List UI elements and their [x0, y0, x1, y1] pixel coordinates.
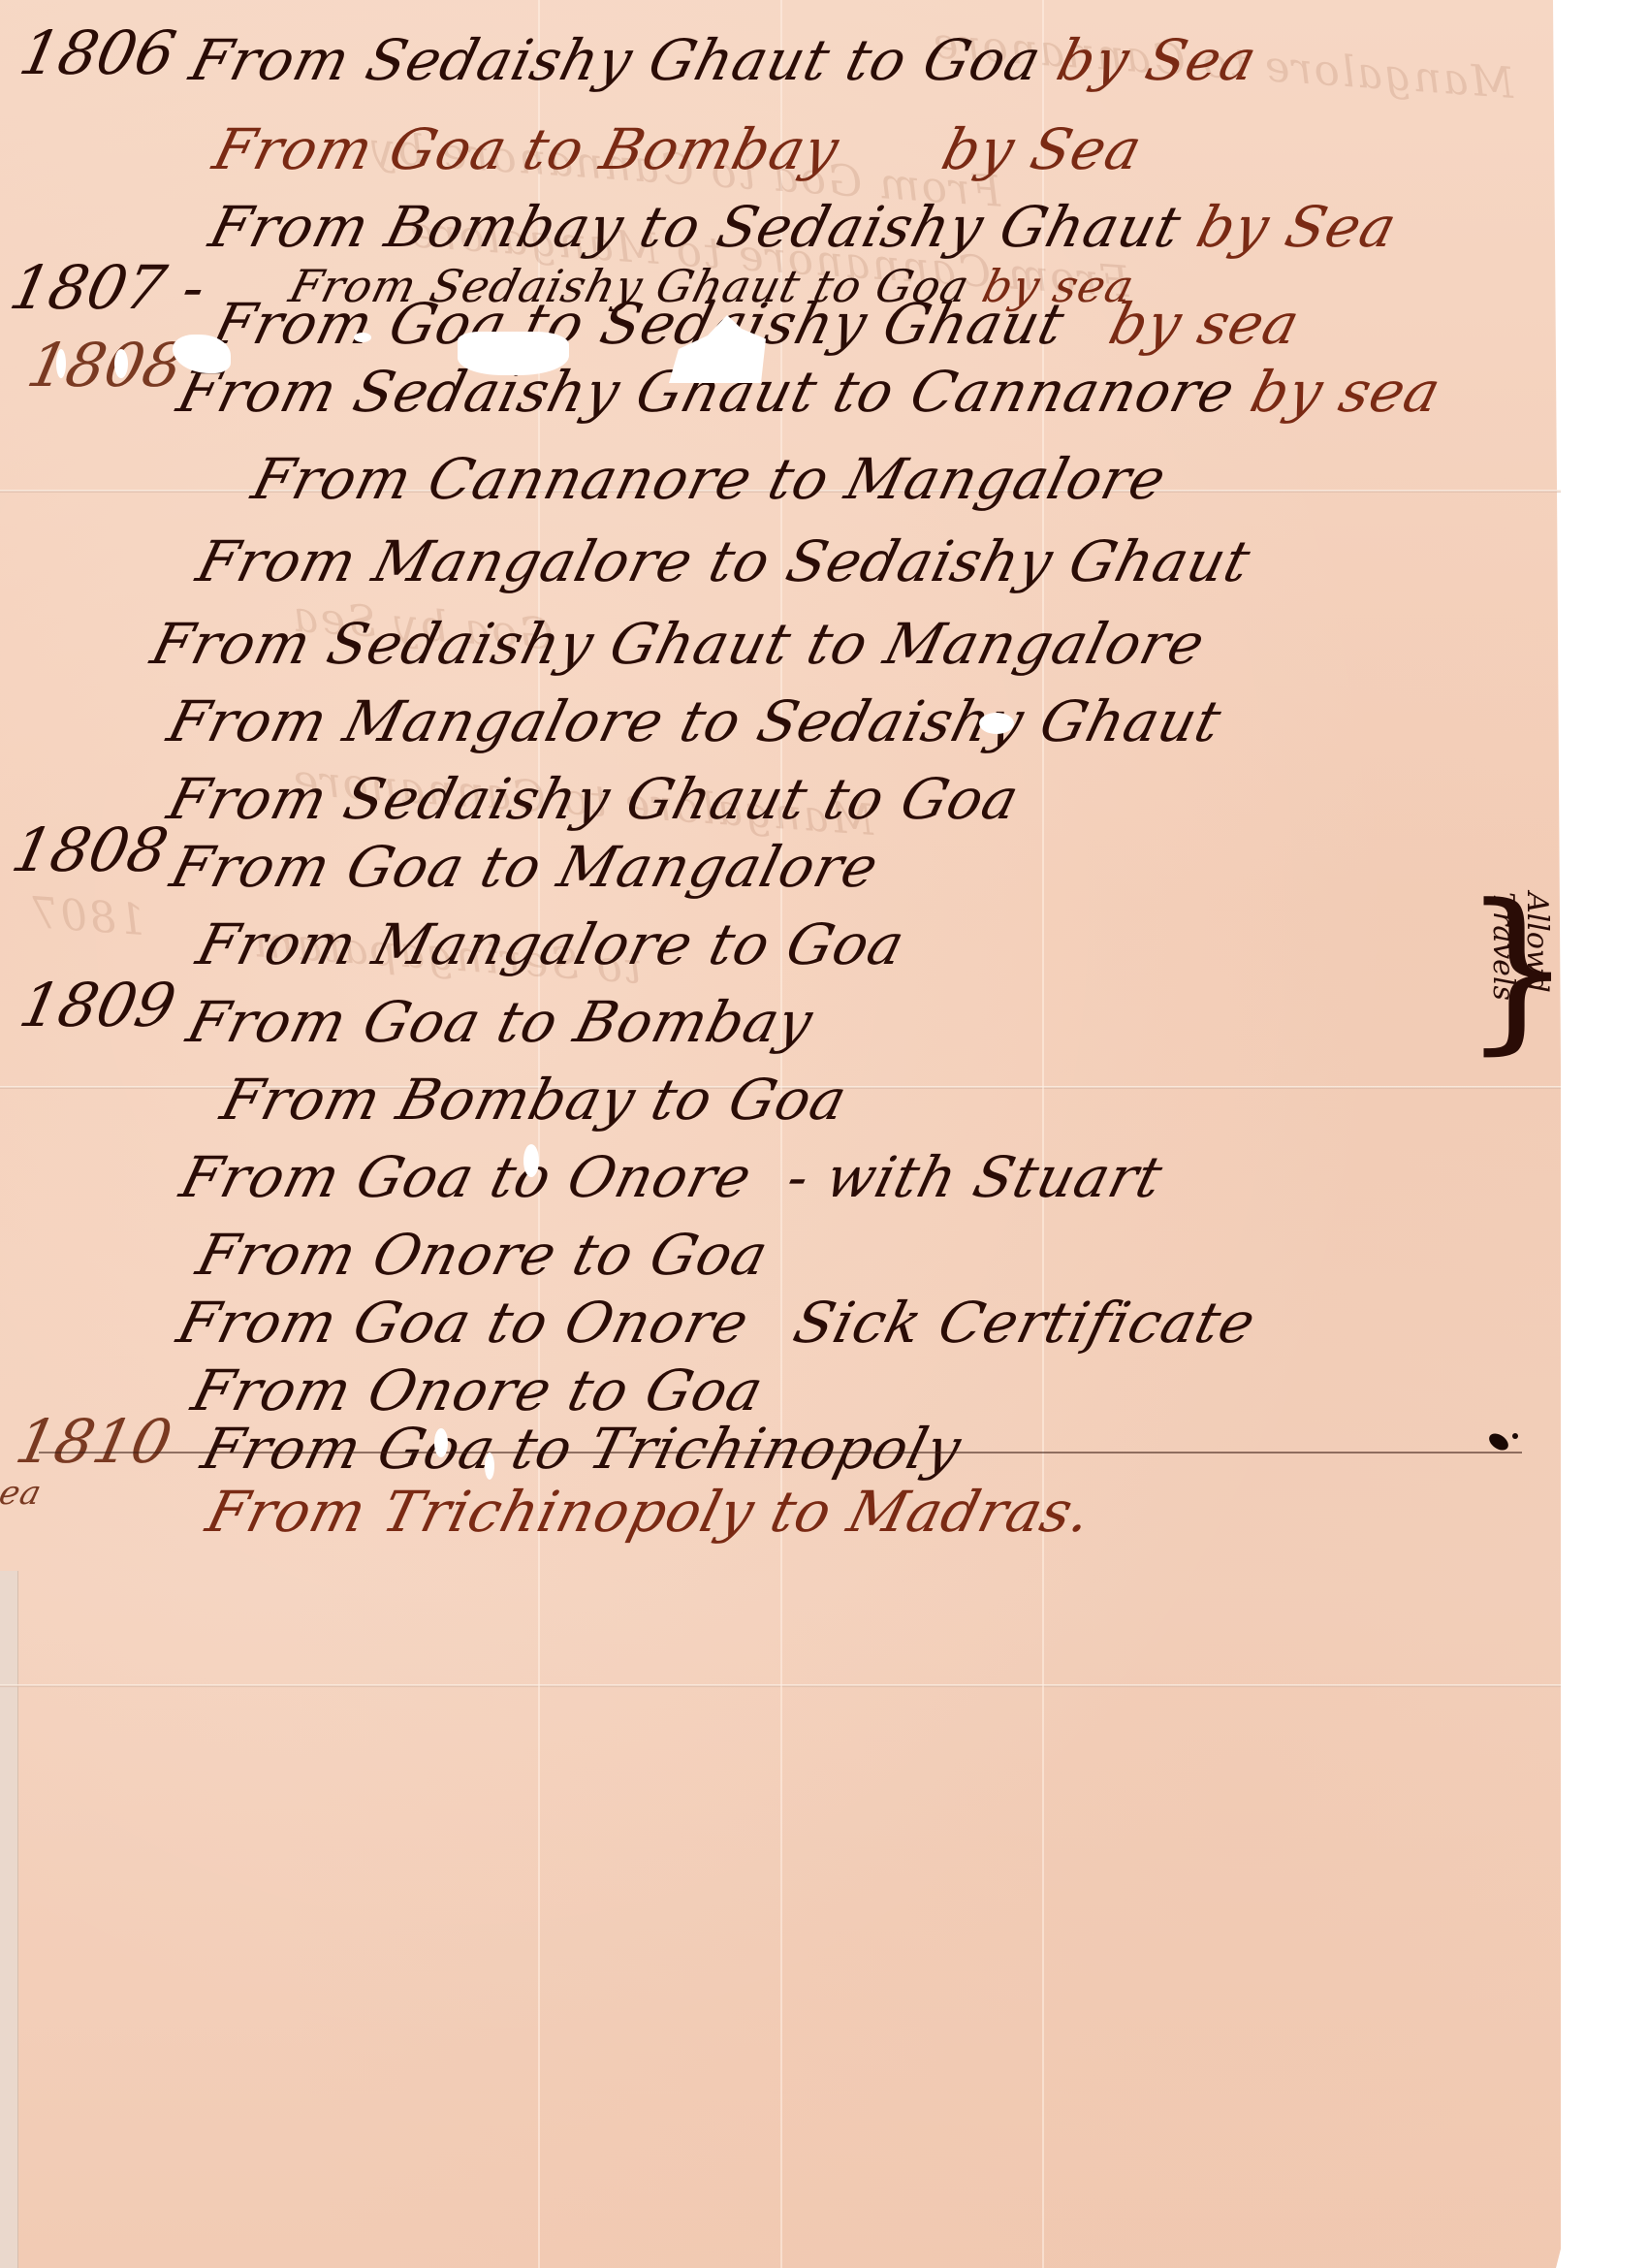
entry-route: From Goa to Onore - with Stuart — [174, 1144, 1170, 1210]
paper-hole — [979, 713, 1014, 734]
entry-route: From Goa to Mangalore — [165, 834, 886, 900]
paper-hole — [434, 1428, 448, 1457]
entry-year: 1809 — [14, 970, 181, 1040]
entry-note: Sick Certificate — [787, 1290, 1262, 1356]
entry-route: From Bombay to Sedaishy Ghaut by Sea — [204, 194, 1404, 260]
entry-route: From Onore to Goa — [186, 1358, 771, 1423]
paper-hole — [485, 1453, 494, 1480]
paper-hole — [523, 1144, 539, 1177]
entry-route: From Sedaishy Ghaut to Cannanore by sea — [172, 359, 1448, 425]
entry-note: by sea — [1245, 359, 1448, 425]
entry-route: From Goa to Trichinopoly — [196, 1416, 968, 1482]
entry-route: From Goa to Onore Sick Certificate — [172, 1290, 1263, 1356]
entry-route: From Sedaishy Ghaut to Goa — [162, 766, 1027, 832]
entry-year: 1810 — [10, 1406, 177, 1477]
entry-route: From Trichinopoly to Madras. — [201, 1479, 1099, 1545]
entry-route: From Cannanore to Mangalore — [246, 446, 1174, 512]
entry-note: by Sea — [1190, 194, 1404, 260]
entry-note: by sea — [1103, 291, 1307, 357]
entry-route: From Bombay to Goa — [215, 1067, 854, 1133]
entry-note: by Sea — [1051, 27, 1264, 93]
ink-blot — [1512, 1433, 1518, 1439]
margin-annotation: } Travels Allowd — [1462, 873, 1578, 1086]
margin-note-line: Allowd — [1520, 892, 1554, 993]
paper-hole — [56, 349, 66, 378]
entry-year: 1808 — [21, 330, 189, 400]
strikethrough-line — [39, 1452, 1522, 1453]
paper-hole — [354, 333, 371, 342]
entry-route: From Sedaishy Ghaut to Goa by Sea — [184, 27, 1264, 93]
entry-year: 1807 - — [4, 252, 211, 323]
entry-route: From Mangalore to Sedaishy Ghaut — [162, 688, 1229, 754]
bleed-through-text: 1807 — [27, 888, 146, 945]
entry-route: From Sedaishy Ghaut to Mangalore — [145, 611, 1213, 677]
entry-route: From Mangalore to Sedaishy Ghaut — [191, 528, 1258, 594]
entry-route: From Onore to Goa — [191, 1222, 776, 1288]
entry-route: From Goa to Bombay — [181, 989, 820, 1055]
entry-note: by Sea — [935, 116, 1149, 182]
paper-hole — [458, 332, 569, 375]
entry-year: 1808 — [6, 815, 174, 885]
paper-hole — [114, 349, 128, 378]
entry-note: - with Stuart — [780, 1144, 1169, 1210]
paper-edge-strip — [0, 1571, 18, 2268]
margin-note-line: Travels — [1486, 892, 1520, 1001]
entry-year: 1806 — [14, 17, 181, 88]
entry-route: From Goa to Bombay by Sea — [207, 116, 1150, 182]
entry-route: From Mangalore to Goa — [191, 911, 912, 977]
